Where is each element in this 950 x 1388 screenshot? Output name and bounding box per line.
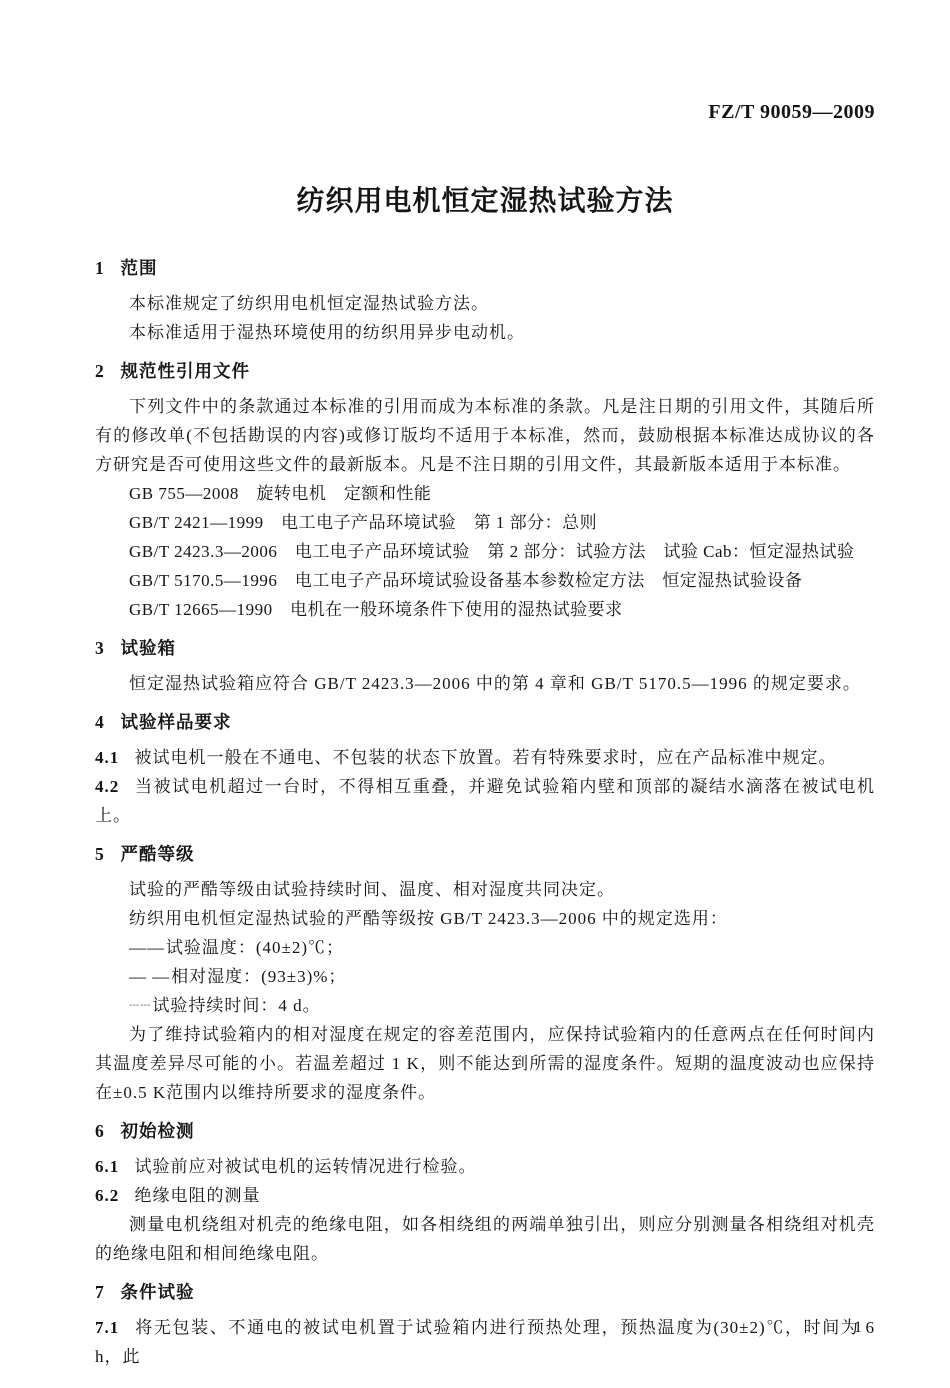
clause-7-1-number: 7.1 <box>95 1318 119 1337</box>
section-1-paragraph-2: 本标准适用于湿热环境使用的纺织用异步电动机。 <box>95 318 875 347</box>
page-number: 1 <box>854 1318 862 1338</box>
section-5-paragraph-3: 为了维持试验箱内的相对湿度在规定的容差范围内，应保持试验箱内的任意两点在任何时间… <box>95 1020 875 1107</box>
normative-reference: GB/T 12665—1990 电机在一般环境条件下使用的湿热试验要求 <box>95 595 875 624</box>
section-1-number: 1 <box>95 258 105 278</box>
clause-6-2-number: 6.2 <box>95 1186 119 1205</box>
section-7-number: 7 <box>95 1282 105 1302</box>
normative-reference: GB/T 5170.5—1996 电工电子产品环境试验设备基本参数检定方法 恒定… <box>95 566 875 595</box>
normative-reference: GB/T 2421—1999 电工电子产品环境试验 第 1 部分：总则 <box>95 508 875 537</box>
section-7-heading: 7条件试验 <box>95 1280 875 1304</box>
section-1-paragraph-1: 本标准规定了纺织用电机恒定湿热试验方法。 <box>95 289 875 318</box>
severity-item-temperature: ——试验温度：(40±2)℃； <box>95 933 875 962</box>
section-6-paragraph: 测量电机绕组对机壳的绝缘电阻，如各相绕组的两端单独引出，则应分别测量各相绕组对机… <box>95 1210 875 1268</box>
section-7-title: 条件试验 <box>121 1282 195 1302</box>
dash-mark: — — <box>129 967 170 986</box>
dash-mark: ┄┄ <box>129 996 151 1015</box>
section-6-heading: 6初始检测 <box>95 1119 875 1143</box>
clause-4-2-text: 当被试电机超过一台时，不得相互重叠，并避免试验箱内壁和顶部的凝结水滴落在被试电机… <box>95 777 875 825</box>
section-1-heading: 1范围 <box>95 256 875 280</box>
section-5-paragraph-1: 试验的严酷等级由试验持续时间、温度、相对湿度共同决定。 <box>95 875 875 904</box>
document-page: FZ/T 90059—2009 纺织用电机恒定湿热试验方法 1范围 本标准规定了… <box>0 0 950 1388</box>
section-6-title: 初始检测 <box>121 1121 195 1141</box>
clause-6-2-text: 绝缘电阻的测量 <box>135 1186 261 1205</box>
section-6-number: 6 <box>95 1121 105 1141</box>
clause-6-2: 6.2绝缘电阻的测量 <box>95 1181 875 1210</box>
clause-6-1-text: 试验前应对被试电机的运转情况进行检验。 <box>135 1157 477 1176</box>
section-5-number: 5 <box>95 844 105 864</box>
section-5-paragraph-2: 纺织用电机恒定湿热试验的严酷等级按 GB/T 2423.3—2006 中的规定选… <box>95 904 875 933</box>
section-2-title: 规范性引用文件 <box>121 361 251 381</box>
section-4-heading: 4试验样品要求 <box>95 710 875 734</box>
dash-mark: —— <box>129 938 165 957</box>
severity-item-humidity: — —相对湿度：(93±3)%； <box>95 962 875 991</box>
section-3-paragraph: 恒定湿热试验箱应符合 GB/T 2423.3—2006 中的第 4 章和 GB/… <box>95 669 875 698</box>
document-title: 纺织用电机恒定湿热试验方法 <box>95 184 875 220</box>
clause-4-1-number: 4.1 <box>95 748 119 767</box>
clause-7-1: 7.1将无包装、不通电的被试电机置于试验箱内进行预热处理，预热温度为(30±2)… <box>95 1313 875 1371</box>
severity-item-duration-text: 试验持续时间：4 d。 <box>152 996 320 1015</box>
clause-7-1-text: 将无包装、不通电的被试电机置于试验箱内进行预热处理，预热温度为(30±2)℃，时… <box>95 1318 875 1366</box>
section-3-heading: 3试验箱 <box>95 636 875 660</box>
section-2-intro-paragraph: 下列文件中的条款通过本标准的引用而成为本标准的条款。凡是注日期的引用文件，其随后… <box>95 392 875 479</box>
section-3-number: 3 <box>95 638 105 658</box>
severity-item-duration: ┄┄试验持续时间：4 d。 <box>95 991 875 1020</box>
standard-code: FZ/T 90059—2009 <box>95 100 875 124</box>
clause-6-1: 6.1试验前应对被试电机的运转情况进行检验。 <box>95 1152 875 1181</box>
section-1-title: 范围 <box>121 258 158 278</box>
clause-6-1-number: 6.1 <box>95 1157 119 1176</box>
section-5-title: 严酷等级 <box>121 844 195 864</box>
clause-4-2-number: 4.2 <box>95 777 119 796</box>
section-5-heading: 5严酷等级 <box>95 842 875 866</box>
clause-4-1-text: 被试电机一般在不通电、不包装的状态下放置。若有特殊要求时，应在产品标准中规定。 <box>135 748 837 767</box>
clause-4-2: 4.2当被试电机超过一台时，不得相互重叠，并避免试验箱内壁和顶部的凝结水滴落在被… <box>95 772 875 830</box>
section-3-title: 试验箱 <box>121 638 177 658</box>
severity-item-temperature-text: 试验温度：(40±2)℃； <box>166 938 344 957</box>
normative-reference: GB/T 2423.3—2006 电工电子产品环境试验 第 2 部分：试验方法 … <box>95 537 875 566</box>
section-4-number: 4 <box>95 712 105 732</box>
clause-4-1: 4.1被试电机一般在不通电、不包装的状态下放置。若有特殊要求时，应在产品标准中规… <box>95 743 875 772</box>
section-2-number: 2 <box>95 361 105 381</box>
section-4-title: 试验样品要求 <box>121 712 232 732</box>
section-2-heading: 2规范性引用文件 <box>95 359 875 383</box>
normative-reference: GB 755—2008 旋转电机 定额和性能 <box>95 479 875 508</box>
severity-item-humidity-text: 相对湿度：(93±3)%； <box>171 967 346 986</box>
